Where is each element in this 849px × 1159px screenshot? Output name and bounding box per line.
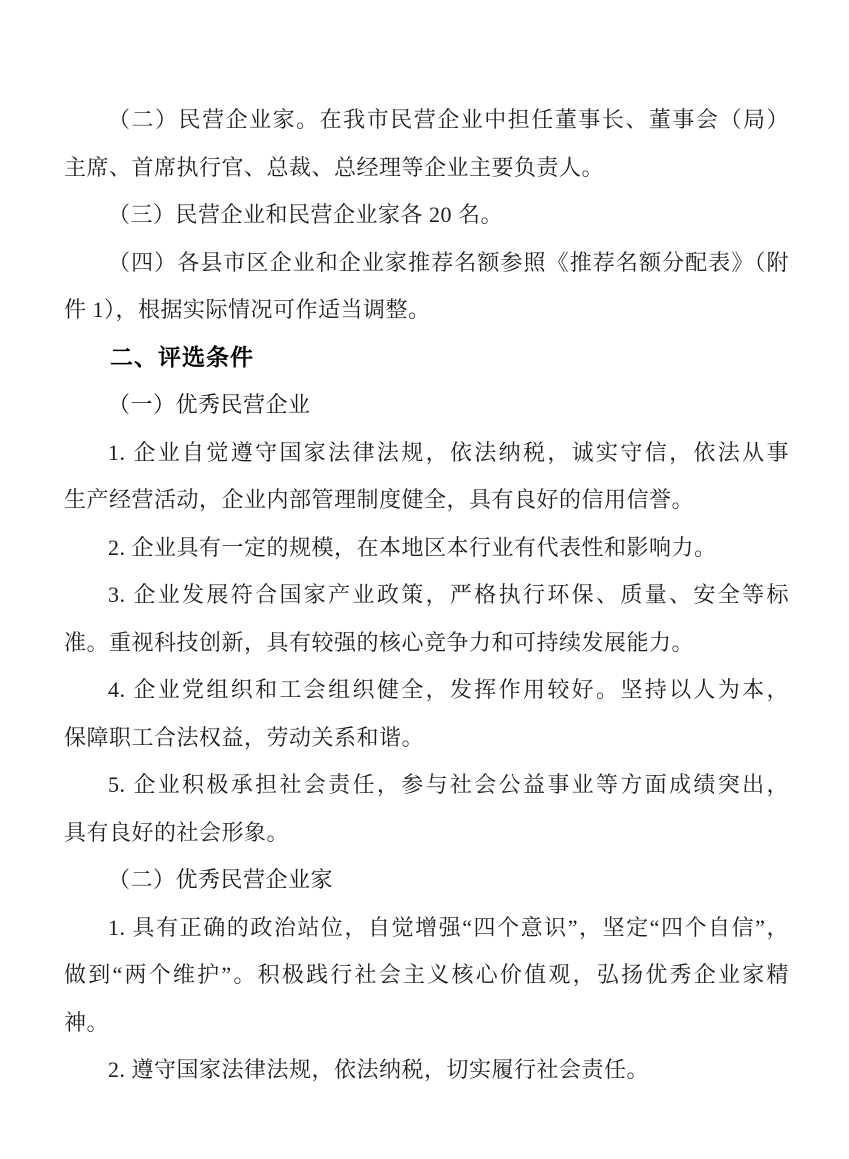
- text-line: 4. 企业党组织和工会组织健全，发挥作用较好。坚持以人为本，: [64, 666, 789, 714]
- text-line: 1. 具有正确的政治站位，自觉增强“四个意识”，坚定“四个自信”，: [64, 904, 789, 952]
- text-line: 5. 企业积极承担社会责任，参与社会公益事业等方面成绩突出，: [64, 761, 789, 809]
- text-line: 做到“两个维护”。积极践行社会主义核心价值观，弘扬优秀企业家精: [64, 951, 789, 999]
- text-line: 件 1），根据实际情况可作适当调整。: [64, 286, 789, 334]
- text-line: 2. 企业具有一定的规模，在本地区本行业有代表性和影响力。: [64, 524, 789, 572]
- text-line: 3. 企业发展符合国家产业政策，严格执行环保、质量、安全等标: [64, 571, 789, 619]
- text-line: （四）各县市区企业和企业家推荐名额参照《推荐名额分配表》（附: [64, 239, 789, 287]
- section-heading: 二、评选条件: [64, 334, 789, 382]
- subsection-heading: （一）优秀民营企业: [64, 381, 789, 429]
- text-line: 神。: [64, 999, 789, 1047]
- text-line: 准。重视科技创新，具有较强的核心竞争力和可持续发展能力。: [64, 619, 789, 667]
- text-line: 生产经营活动，企业内部管理制度健全，具有良好的信用信誉。: [64, 476, 789, 524]
- text-line: 保障职工合法权益，劳动关系和谐。: [64, 714, 789, 762]
- text-line: （二）民营企业家。在我市民营企业中担任董事长、董事会（局）: [64, 96, 789, 144]
- text-line: 主席、首席执行官、总裁、总经理等企业主要负责人。: [64, 144, 789, 192]
- document-page: （二）民营企业家。在我市民营企业中担任董事长、董事会（局） 主席、首席执行官、总…: [0, 0, 849, 1159]
- subsection-heading: （二）优秀民营企业家: [64, 856, 789, 904]
- text-line: 2. 遵守国家法律法规，依法纳税，切实履行社会责任。: [64, 1046, 789, 1094]
- text-line: 1. 企业自觉遵守国家法律法规，依法纳税，诚实守信，依法从事: [64, 429, 789, 477]
- text-line: （三）民营企业和民营企业家各 20 名。: [64, 191, 789, 239]
- text-line: 具有良好的社会形象。: [64, 809, 789, 857]
